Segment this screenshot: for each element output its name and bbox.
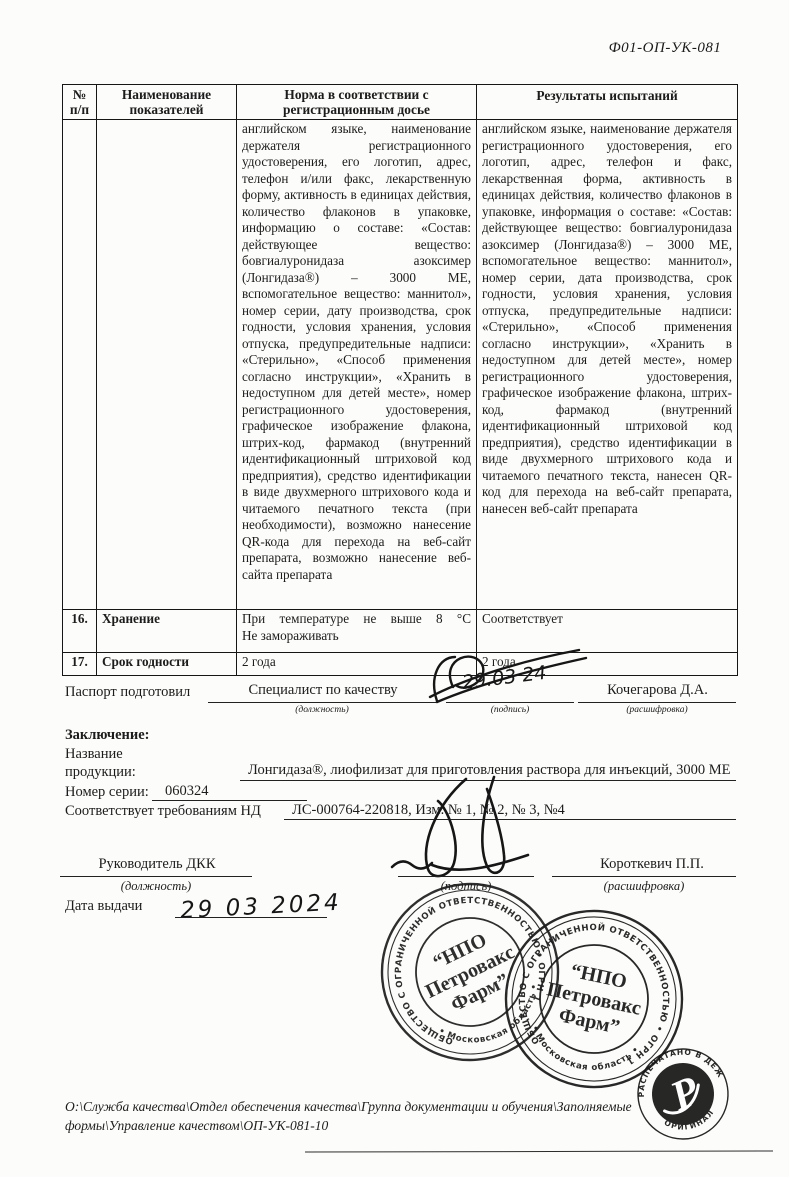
svg-text:• Московская область •: • Московская область •	[522, 1022, 642, 1083]
position-line	[208, 702, 436, 703]
stamp2-bottom-text: • Московская область •	[522, 1022, 642, 1083]
row17-name: Срок годности	[97, 653, 237, 676]
passport-name: Кочегарова Д.А.	[580, 682, 735, 699]
conclusion-title: Заключение:	[65, 727, 150, 744]
continuation-norm-cell: английском языке, наименование держателя…	[237, 120, 477, 610]
passport-position: Специалист по качеству	[212, 682, 434, 699]
passport-prepared-label: Паспорт подготовил	[65, 684, 190, 701]
signature-caption: (подпись)	[446, 705, 574, 715]
header-num: № п/п	[63, 85, 97, 120]
issue-date-label: Дата выдачи	[65, 898, 142, 915]
nd-label: Соответствует требованиям НД	[65, 803, 261, 820]
continuation-name-cell	[97, 120, 237, 610]
issue-date-line	[175, 917, 327, 918]
continuation-result-cell: английском языке, наименование держателя…	[477, 120, 738, 610]
approval-name: Короткевич П.П.	[568, 856, 736, 873]
approval-name-caption: (расшифровка)	[552, 879, 736, 894]
approval-name-line	[552, 876, 736, 877]
name-caption: (расшифровка)	[578, 705, 736, 715]
approval-position-line	[60, 876, 252, 877]
quality-specialist-signature: 29.03 24	[423, 645, 591, 705]
table-row-16: 16. Хранение При температуре не выше 8 °…	[63, 610, 738, 653]
header-norm: Норма в соответствии с регистрационным д…	[237, 85, 477, 120]
table-row-continuation: английском языке, наименование держателя…	[63, 120, 738, 610]
row17-num: 17.	[63, 653, 97, 676]
scanned-quality-passport-page: Ф01-ОП-УК-081 № п/п Наименование показат…	[0, 0, 789, 1177]
approval-position: Руководитель ДКК	[68, 856, 246, 873]
table-header-row: № п/п Наименование показателей Норма в с…	[63, 85, 738, 120]
series-value: 060324	[165, 783, 209, 800]
results-table: № п/п Наименование показателей Норма в с…	[62, 84, 738, 676]
footer-path-line1: О:\Служба качества\Отдел обеспечения кач…	[65, 1097, 685, 1116]
product-label-line1: Название	[65, 746, 123, 763]
header-name: Наименование показателей	[97, 85, 237, 120]
row16-num: 16.	[63, 610, 97, 653]
row16-name: Хранение	[97, 610, 237, 653]
signature-line	[446, 702, 574, 703]
table-row-17: 17. Срок годности 2 года 2 года	[63, 653, 738, 676]
position-caption: (должность)	[208, 705, 436, 715]
scan-artifact-line	[305, 1151, 773, 1153]
header-results: Результаты испытаний	[477, 85, 738, 120]
series-label: Номер серии:	[65, 784, 149, 801]
product-label-line2: продукции:	[65, 764, 136, 781]
form-code: Ф01-ОП-УК-081	[560, 40, 770, 57]
signature-date-handwriting: 29.03 24	[461, 662, 548, 694]
footer-path-line2: формы\Управление качеством\ОП-УК-081-10	[65, 1116, 685, 1135]
name-line	[578, 702, 736, 703]
series-line	[152, 800, 307, 801]
continuation-num-cell	[63, 120, 97, 610]
